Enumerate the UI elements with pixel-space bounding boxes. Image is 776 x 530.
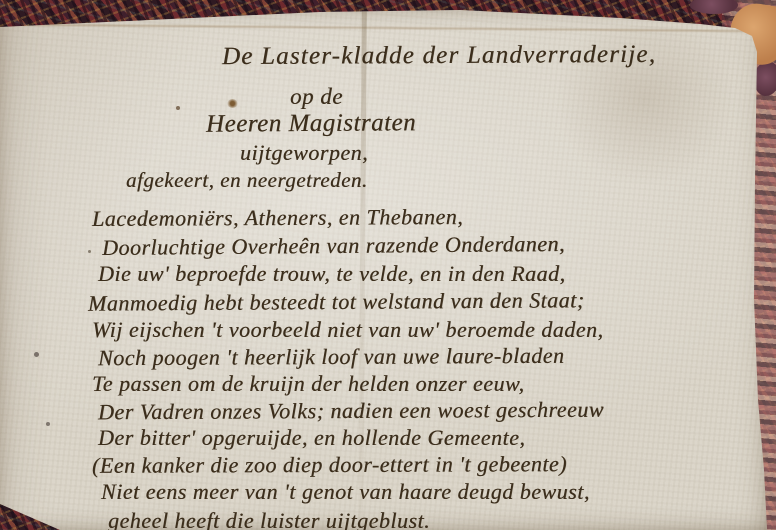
poem-line: Te passen om de kruijn der helden onzer …	[92, 371, 525, 397]
handwritten-text: De Laster-kladde der Landverraderije, op…	[0, 0, 776, 530]
manuscript-title-line: uijtgeworpen,	[240, 140, 368, 166]
poem-line: Manmoedig hebt besteedt tot welstand van…	[88, 287, 585, 316]
poem-line: Doorluchtige Overheên van razende Onderd…	[102, 231, 565, 261]
poem-line: Der bitter' opgeruijde, en hollende Geme…	[98, 425, 525, 451]
manuscript-title-line: De Laster-kladde der Landverraderije,	[222, 41, 656, 71]
poem-line: (Een kanker die zoo diep door-ettert in …	[92, 451, 567, 479]
poem-line: Noch poogen 't heerlijk loof van uwe lau…	[98, 343, 565, 371]
poem-line: Der Vadren onzes Volks; nadien een woest…	[98, 397, 604, 426]
poem-line: Niet eens meer van 't genot van haare de…	[101, 479, 590, 505]
poem-line: Wij eijschen 't voorbeeld niet van uw' b…	[92, 317, 604, 343]
carpet-flower-blob	[754, 62, 776, 96]
manuscript-title-line: op de	[290, 84, 343, 110]
manuscript-photo: { "document": { "title_lines": [ "De Las…	[0, 0, 776, 530]
poem-line-partial: geheel heeft die luister uijtgeblust.	[108, 508, 430, 530]
poem-line: Lacedemoniërs, Atheners, en Thebanen,	[92, 204, 463, 232]
manuscript-title-line: Heeren Magistraten	[206, 109, 416, 138]
manuscript-paper: De Laster-kladde der Landverraderije, op…	[0, 0, 776, 530]
manuscript-title-line: afgekeert, en neergetreden.	[126, 168, 368, 193]
poem-line: Die uw' beproefde trouw, te velde, en in…	[98, 261, 566, 287]
